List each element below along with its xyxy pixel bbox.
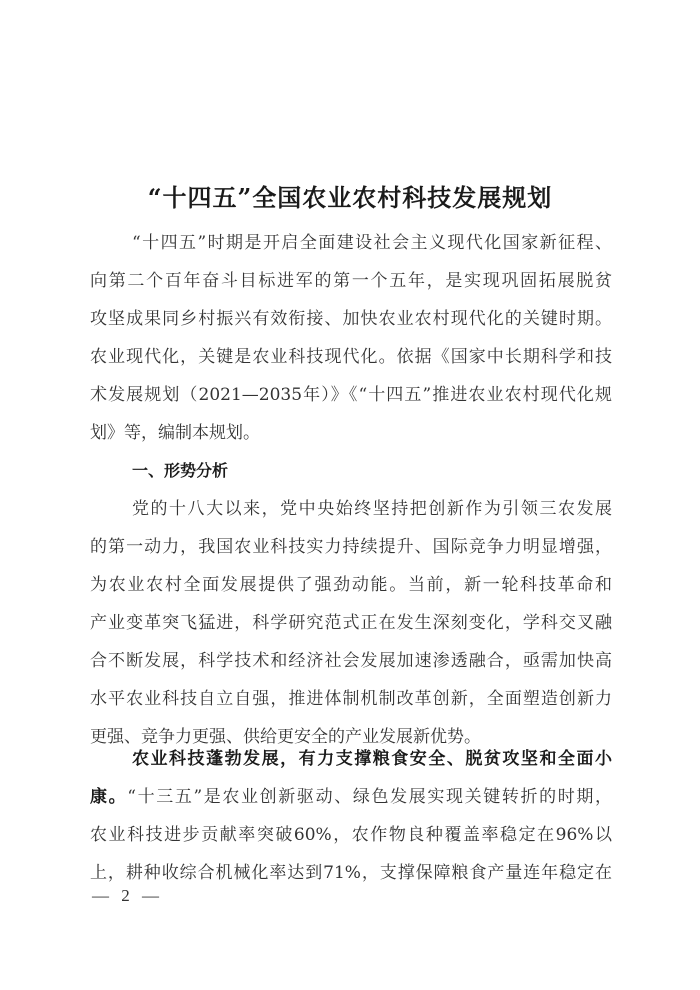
- text-line: 农业现代化，关键是农业科技现代化。依据《国家中长期科学和技: [90, 338, 612, 376]
- intro-paragraph: “十四五”时期是开启全面建设社会主义现代化国家新征程、 向第二个百年奋斗目标进军…: [90, 224, 612, 452]
- text-line: 攻坚成果同乡村振兴有效衔接、加快农业农村现代化的关键时期。: [90, 300, 612, 338]
- text-line: “十四五”时期是开启全面建设社会主义现代化国家新征程、: [90, 224, 612, 262]
- bold-lead-line: 农业科技蓬勃发展，有力支撑粮食安全、脱贫攻坚和全面小: [90, 740, 612, 778]
- text-line: 向第二个百年奋斗目标进军的第一个五年，是实现巩固拓展脱贫: [90, 262, 612, 300]
- document-title: “十四五”全国农业农村科技发展规划: [0, 180, 700, 216]
- achievement-paragraph: 农业科技蓬勃发展，有力支撑粮食安全、脱贫攻坚和全面小 康。“十三五”是农业创新驱…: [90, 740, 612, 892]
- bold-lead-end: 康。: [90, 787, 127, 807]
- text-span: “十三五”是农业创新驱动、绿色发展实现关键转折的时期，: [127, 787, 612, 807]
- text-line: 产业变革突飞猛进，科学研究范式正在发生深刻变化，学科交叉融: [90, 604, 612, 642]
- section-heading: 一、形势分析: [90, 452, 612, 490]
- text-line: 康。“十三五”是农业创新驱动、绿色发展实现关键转折的时期，: [90, 778, 612, 816]
- text-line: 合不断发展，科学技术和经济社会发展加速渗透融合，亟需加快高: [90, 642, 612, 680]
- text-line: 水平农业科技自立自强，推进体制机制改革创新，全面塑造创新力: [90, 680, 612, 718]
- section-analysis: 一、形势分析 党的十八大以来，党中央始终坚持把创新作为引领三农发展 的第一动力，…: [90, 452, 612, 756]
- text-line: 党的十八大以来，党中央始终坚持把创新作为引领三农发展: [90, 490, 612, 528]
- text-line: 上，耕种收综合机械化率达到71%，支撑保障粮食产量连年稳定在: [90, 854, 612, 892]
- text-line: 术发展规划（2021—2035年）》《“十四五”推进农业农村现代化规: [90, 376, 612, 414]
- text-line: 的第一动力，我国农业科技实力持续提升、国际竞争力明显增强，: [90, 528, 612, 566]
- text-line: 为农业农村全面发展提供了强劲动能。当前，新一轮科技革命和: [90, 566, 612, 604]
- page-number: — 2 —: [92, 886, 163, 906]
- text-line: 划》等，编制本规划。: [90, 414, 612, 452]
- text-line: 农业科技进步贡献率突破60%，农作物良种覆盖率稳定在96%以: [90, 816, 612, 854]
- document-page: “十四五”全国农业农村科技发展规划 “十四五”时期是开启全面建设社会主义现代化国…: [0, 0, 700, 990]
